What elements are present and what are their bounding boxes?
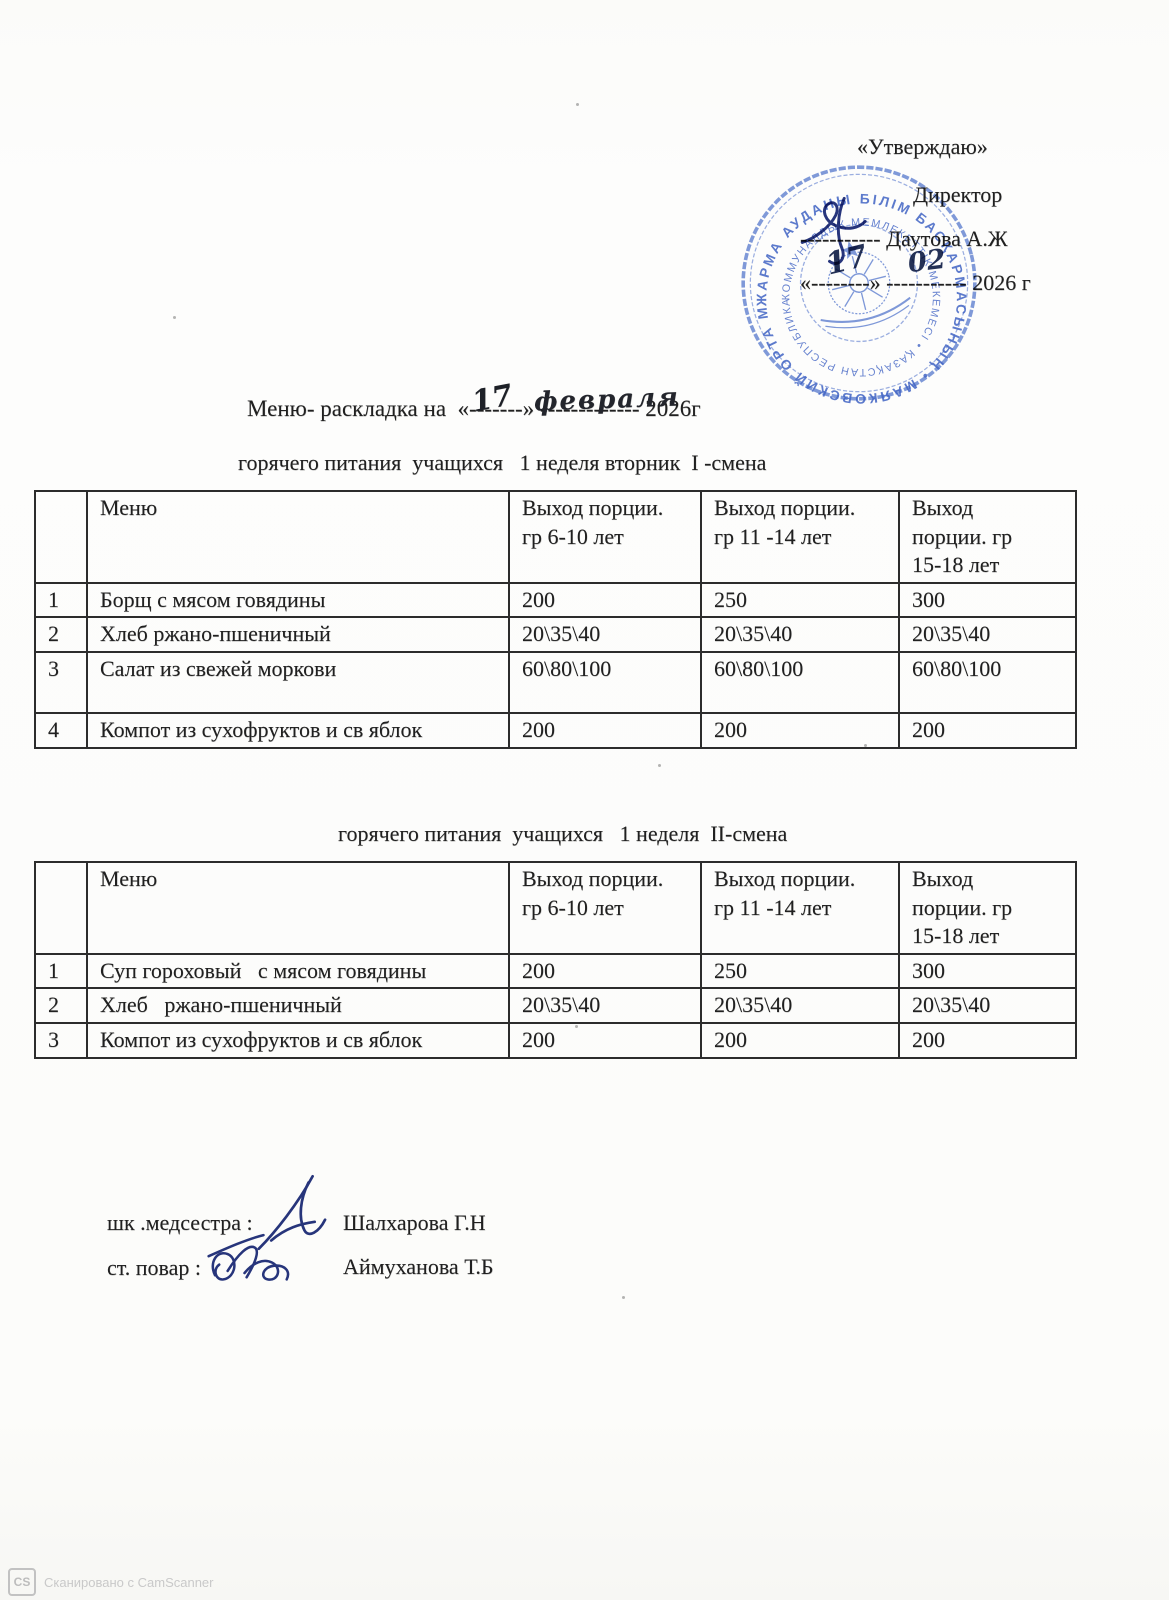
scan-speck <box>622 1296 625 1299</box>
portion-cell: 200 <box>509 713 701 748</box>
row-number-cell: 1 <box>35 954 87 989</box>
title-handwritten-month: февраля <box>534 382 681 417</box>
menu-item-cell: Компот из сухофруктов и св яблок <box>87 713 509 748</box>
header-cell-portion-6-10: Выход порции. гр 6-10 лет <box>509 862 701 954</box>
scan-speck <box>576 103 579 106</box>
header-cell-portion-11-14: Выход порции. гр 11 -14 лет <box>701 491 899 583</box>
header-cell-portion-15-18: Выход порции. гр 15-18 лет <box>899 491 1076 583</box>
table-row: 3 Салат из свежей моркови 60\80\100 60\8… <box>35 652 1076 713</box>
portion-cell: 200 <box>701 1023 899 1058</box>
menu-item-cell: Хлеб ржано-пшеничный <box>87 617 509 652</box>
scan-speck <box>173 316 176 319</box>
portion-cell: 200 <box>509 954 701 989</box>
scan-speck <box>575 1025 578 1028</box>
portion-cell: 200 <box>899 713 1076 748</box>
nurse-name: Шалхарова Г.Н <box>343 1210 486 1236</box>
menu-item-cell: Компот из сухофруктов и св яблок <box>87 1023 509 1058</box>
menu-item-cell: Хлеб ржано-пшеничный <box>87 988 509 1023</box>
header-cell-menu: Меню <box>87 491 509 583</box>
table-row: 4 Компот из сухофруктов и св яблок 200 2… <box>35 713 1076 748</box>
title-month-group: -------------февраля <box>534 396 639 422</box>
portion-cell: 300 <box>899 583 1076 618</box>
portion-cell: 20\35\40 <box>701 617 899 652</box>
official-stamp: ЖАРМА АУДАНЫ БІЛІМ БАСҚАРМАСЫНЫҢ • МАЯКО… <box>710 134 1008 432</box>
row-number-cell: 1 <box>35 583 87 618</box>
portion-cell: 20\35\40 <box>899 988 1076 1023</box>
menu-table-shift-1: Меню Выход порции. гр 6-10 лет Выход пор… <box>34 490 1077 749</box>
portion-cell: 60\80\100 <box>899 652 1076 713</box>
row-number-cell: 3 <box>35 652 87 713</box>
menu-item-cell: Суп гороховый с мясом говядины <box>87 954 509 989</box>
header-cell-number <box>35 491 87 583</box>
portion-cell: 200 <box>509 583 701 618</box>
header-cell-menu: Меню <box>87 862 509 954</box>
portion-cell: 60\80\100 <box>701 652 899 713</box>
portion-cell: 200 <box>509 1023 701 1058</box>
header-cell-number <box>35 862 87 954</box>
scan-speck <box>864 744 867 747</box>
menu-item-cell: Салат из свежей моркови <box>87 652 509 713</box>
row-number-cell: 4 <box>35 713 87 748</box>
title-prefix: Меню- раскладка на <box>247 396 458 422</box>
scan-speck <box>658 764 661 767</box>
scanned-menu-document: «Утверждаю» Директор ----------- Даутова… <box>0 0 1169 1600</box>
portion-cell: 20\35\40 <box>509 617 701 652</box>
menu-table-shift-2: Меню Выход порции. гр 6-10 лет Выход пор… <box>34 861 1077 1059</box>
document-title: Меню- раскладка на «-------»17 ---------… <box>247 396 701 422</box>
header-cell-portion-15-18: Выход порции. гр 15-18 лет <box>899 862 1076 954</box>
portion-cell: 200 <box>701 713 899 748</box>
row-number-cell: 2 <box>35 617 87 652</box>
stamp-ring-text-outer: ЖАРМА АУДАНЫ БІЛІМ БАСҚАРМАСЫНЫҢ • МАЯКО… <box>710 134 993 432</box>
portion-cell: 250 <box>701 954 899 989</box>
cook-name: Аймуханова Т.Б <box>343 1254 494 1280</box>
header-cell-portion-11-14: Выход порции. гр 11 -14 лет <box>701 862 899 954</box>
cook-signature <box>206 1233 302 1291</box>
camscanner-text: Сканировано с CamScanner <box>44 1575 213 1590</box>
portion-cell: 300 <box>899 954 1076 989</box>
table-row: 2 Хлеб ржано-пшеничный 20\35\40 20\35\40… <box>35 988 1076 1023</box>
table-row: 1 Борщ с мясом говядины 200 250 300 <box>35 583 1076 618</box>
svg-text:ЖАРМА АУДАНЫ БІЛІМ БАСҚАРМАСЫН: ЖАРМА АУДАНЫ БІЛІМ БАСҚАРМАСЫНЫҢ • МАЯКО… <box>710 134 993 432</box>
camscanner-watermark: CS Сканировано с CamScanner <box>8 1568 213 1596</box>
stamp-ring-text-inner: КОММУНАЛДЫҚ МЕМЛЕКЕТТІК МЕКЕМЕСІ • ҚАЗАҚ… <box>710 136 959 407</box>
portion-cell: 20\35\40 <box>509 988 701 1023</box>
camscanner-badge-icon: CS <box>8 1568 36 1596</box>
title-day-group: «-------»17 <box>458 396 535 422</box>
header-row: Меню Выход порции. гр 6-10 лет Выход пор… <box>35 491 1076 583</box>
header-cell-portion-6-10: Выход порции. гр 6-10 лет <box>509 491 701 583</box>
svg-text:КОММУНАЛДЫҚ МЕМЛЕКЕТТІК МЕКЕМЕ: КОММУНАЛДЫҚ МЕМЛЕКЕТТІК МЕКЕМЕСІ • ҚАЗАҚ… <box>710 136 959 407</box>
table-row: 1 Суп гороховый с мясом говядины 200 250… <box>35 954 1076 989</box>
table-row: 3 Компот из сухофруктов и св яблок 200 2… <box>35 1023 1076 1058</box>
header-row: Меню Выход порции. гр 6-10 лет Выход пор… <box>35 862 1076 954</box>
portion-cell: 20\35\40 <box>899 617 1076 652</box>
portion-cell: 20\35\40 <box>701 988 899 1023</box>
stamp-emblem <box>804 230 914 336</box>
portion-cell: 250 <box>701 583 899 618</box>
menu-item-cell: Борщ с мясом говядины <box>87 583 509 618</box>
table-row: 2 Хлеб ржано-пшеничный 20\35\40 20\35\40… <box>35 617 1076 652</box>
row-number-cell: 3 <box>35 1023 87 1058</box>
row-number-cell: 2 <box>35 988 87 1023</box>
portion-cell: 60\80\100 <box>509 652 701 713</box>
subtitle-shift-2: горячего питания учащихся 1 неделя II-см… <box>338 821 787 847</box>
cook-label: ст. повар : <box>107 1255 201 1281</box>
subtitle-shift-1: горячего питания учащихся 1 неделя вторн… <box>238 450 766 476</box>
portion-cell: 200 <box>899 1023 1076 1058</box>
